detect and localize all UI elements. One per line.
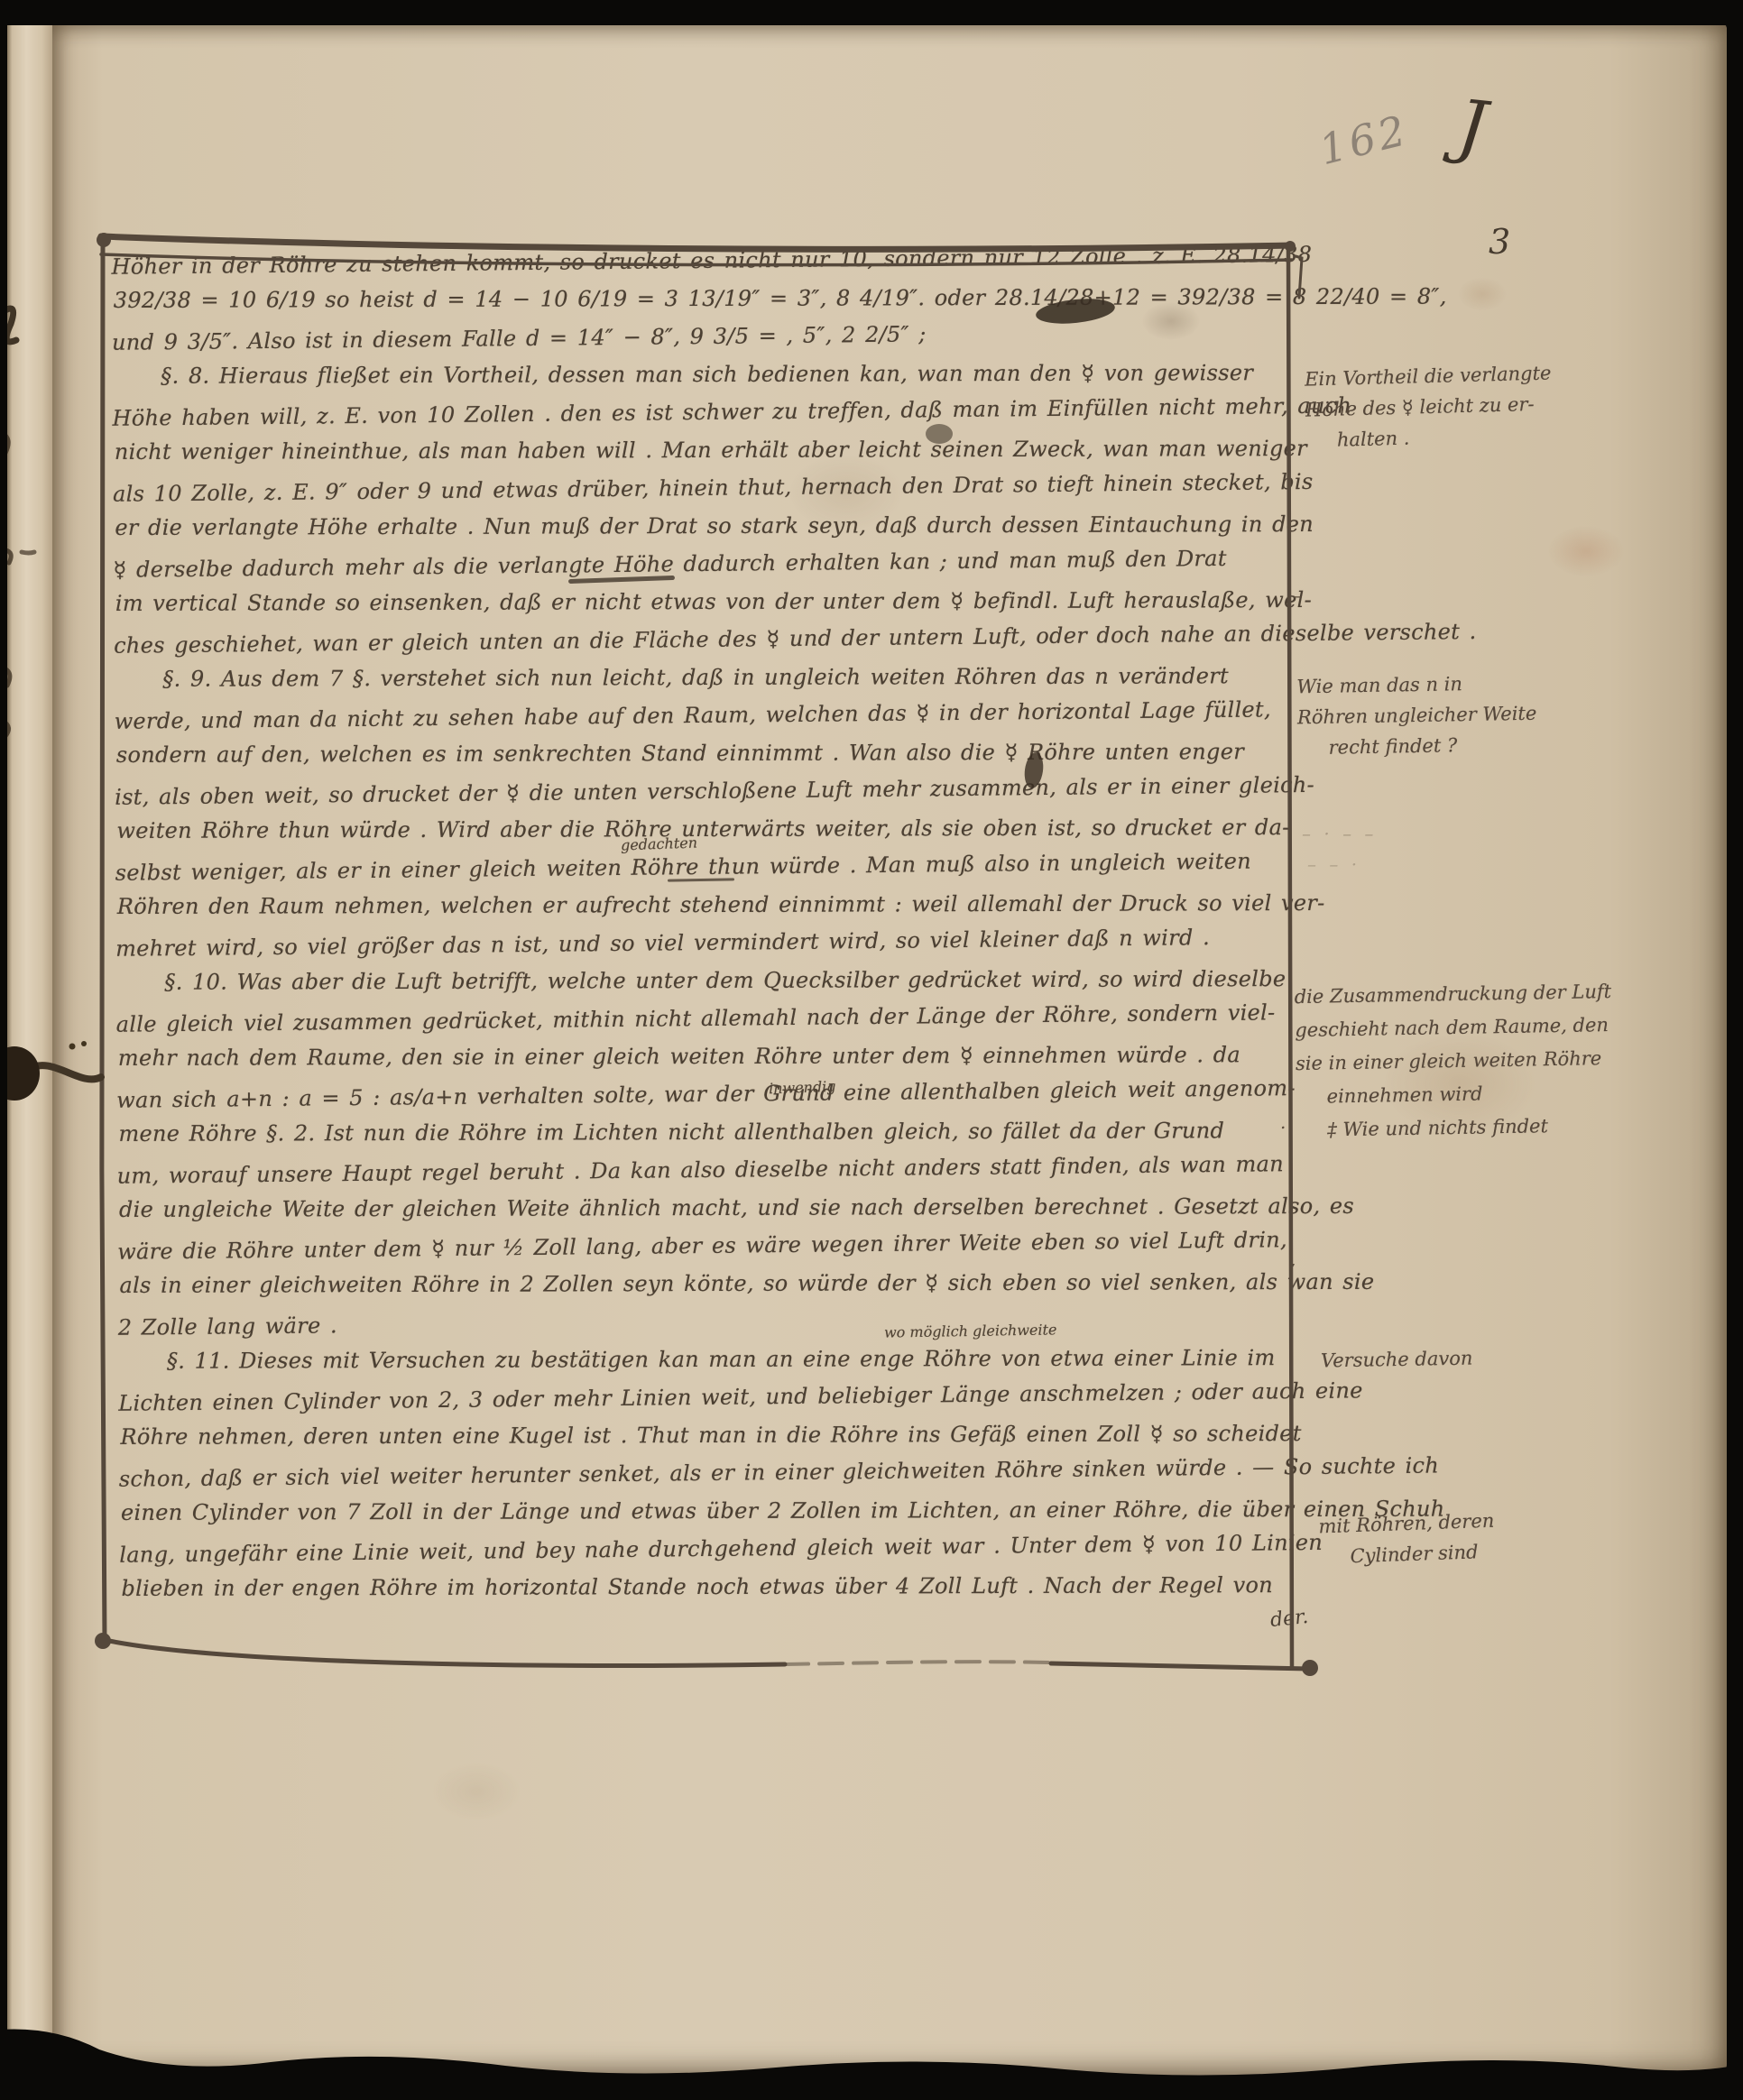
margin-dot-mark: .: [1280, 1111, 1286, 1133]
margin-note: Versuche davon: [1321, 1343, 1473, 1377]
margin-note-line: halten .: [1305, 419, 1553, 456]
margin-note-line: sie in einer gleich weiten Röhre: [1296, 1042, 1613, 1081]
margin-note: die Zusammendruckung der Luft geschieht …: [1294, 975, 1614, 1147]
margin-note-line: Höhe des ☿ leicht zu er-: [1305, 388, 1553, 425]
margin-note-line: einnehmen wird: [1296, 1075, 1613, 1114]
margin-note: Ein Vortheil die verlangte Höhe des ☿ le…: [1305, 357, 1554, 456]
interlinear-insertion: inwendig: [769, 1078, 836, 1098]
margin-note: mit Röhren, deren Cylinder sind: [1318, 1506, 1496, 1573]
catchword: der.: [1269, 1606, 1310, 1632]
ink-blot: [926, 424, 953, 444]
book-gutter-edge: [5, 9, 54, 2068]
margin-note-line: Versuche davon: [1321, 1343, 1473, 1377]
margin-note-line: die Zusammendruckung der Luft: [1294, 975, 1611, 1014]
manuscript-text-block: Höher in der Röhre zu stehen kommt, so d…: [111, 238, 1288, 1609]
margin-note-line: geschieht nach dem Raume, den: [1295, 1009, 1612, 1047]
margin-note: Wie man das n in Röhren ungleicher Weite…: [1296, 668, 1537, 764]
scanned-manuscript-page: 162 J 3 Höher in der Röhre zu stehen kom…: [0, 0, 1743, 2100]
margin-note-line: ‡ Wie und nichts findet: [1296, 1109, 1614, 1147]
scan-right-edge: [1727, 0, 1743, 2100]
margin-dash-mark: – · – –: [1302, 823, 1377, 844]
margin-dash-mark: – – ·: [1307, 853, 1360, 875]
scan-top-edge: [0, 0, 1743, 25]
manuscript-line: blieben in der engen Röhre im horizontal…: [121, 1566, 1290, 1607]
interlinear-insertion: gedachten: [621, 834, 698, 854]
margin-note-line: Wie man das n in: [1296, 668, 1536, 703]
margin-note-line: Röhren ungleicher Weite: [1297, 698, 1537, 733]
margin-note-line: Cylinder sind: [1319, 1536, 1496, 1573]
interlinear-insertion: wo möglich gleichweite: [884, 1321, 1057, 1340]
margin-dot-mark: ,: [1290, 1248, 1296, 1270]
margin-note-line: recht findet ?: [1297, 729, 1537, 764]
page-number: 3: [1489, 222, 1510, 262]
margin-dash-mark: –: [1293, 585, 1302, 606]
